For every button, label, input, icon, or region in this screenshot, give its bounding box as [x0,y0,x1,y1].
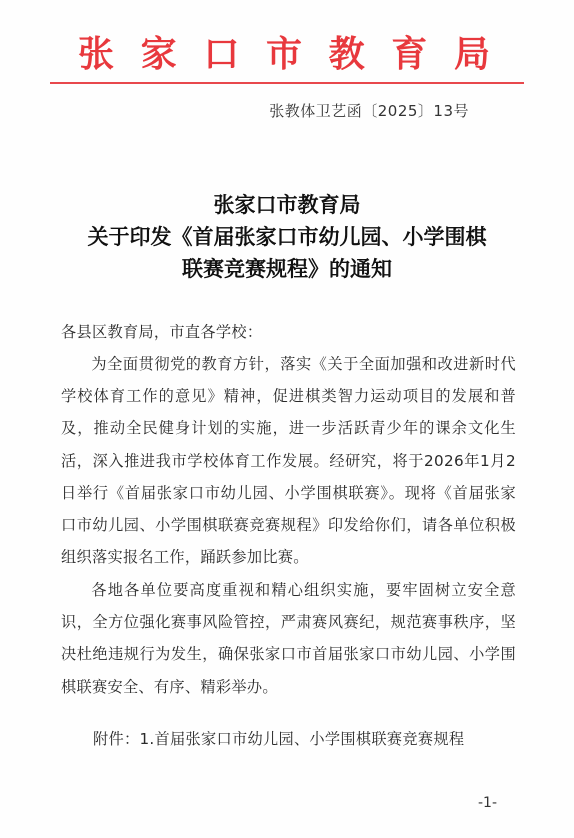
document-number: 张教体卫艺函〔2025〕13号 [269,100,469,121]
attachment-line: 附件：1.首届张家口市幼儿园、小学围棋联赛竞赛规程 [93,728,464,749]
issuing-authority-header: 张 家 口 市 教 育 局 [50,30,524,78]
header-char: 张 [78,30,114,78]
body-paragraph-1: 为全面贯彻党的教育方针，落实《关于全面加强和改进新时代学校体育工作的意见》精神，… [61,348,516,573]
header-char: 育 [391,30,427,78]
header-char: 教 [329,30,365,78]
document-page: 张 家 口 市 教 育 局 张教体卫艺函〔2025〕13号 张家口市教育局 关于… [0,0,574,838]
header-char: 家 [141,30,177,78]
salutation: 各县区教育局，市直各学校： [61,316,516,348]
body-paragraph-2: 各地各单位要高度重视和精心组织实施，要牢固树立安全意识，全方位强化赛事风险管控，… [61,574,516,703]
page-number: -1- [478,795,497,811]
header-char: 口 [203,30,239,78]
red-divider [50,82,524,84]
header-char: 市 [266,30,302,78]
paragraph-text: 为全面贯彻党的教育方针，落实《关于全面加强和改进新时代学校体育工作的意见》精神，… [61,348,516,573]
title-line-1: 张家口市教育局 [0,189,574,221]
header-char: 局 [454,30,490,78]
title-line-3: 联赛竞赛规程》的通知 [0,253,574,285]
paragraph-text: 各地各单位要高度重视和精心组织实施，要牢固树立安全意识，全方位强化赛事风险管控，… [61,574,516,703]
title-line-2: 关于印发《首届张家口市幼儿园、小学围棋 [0,221,574,253]
